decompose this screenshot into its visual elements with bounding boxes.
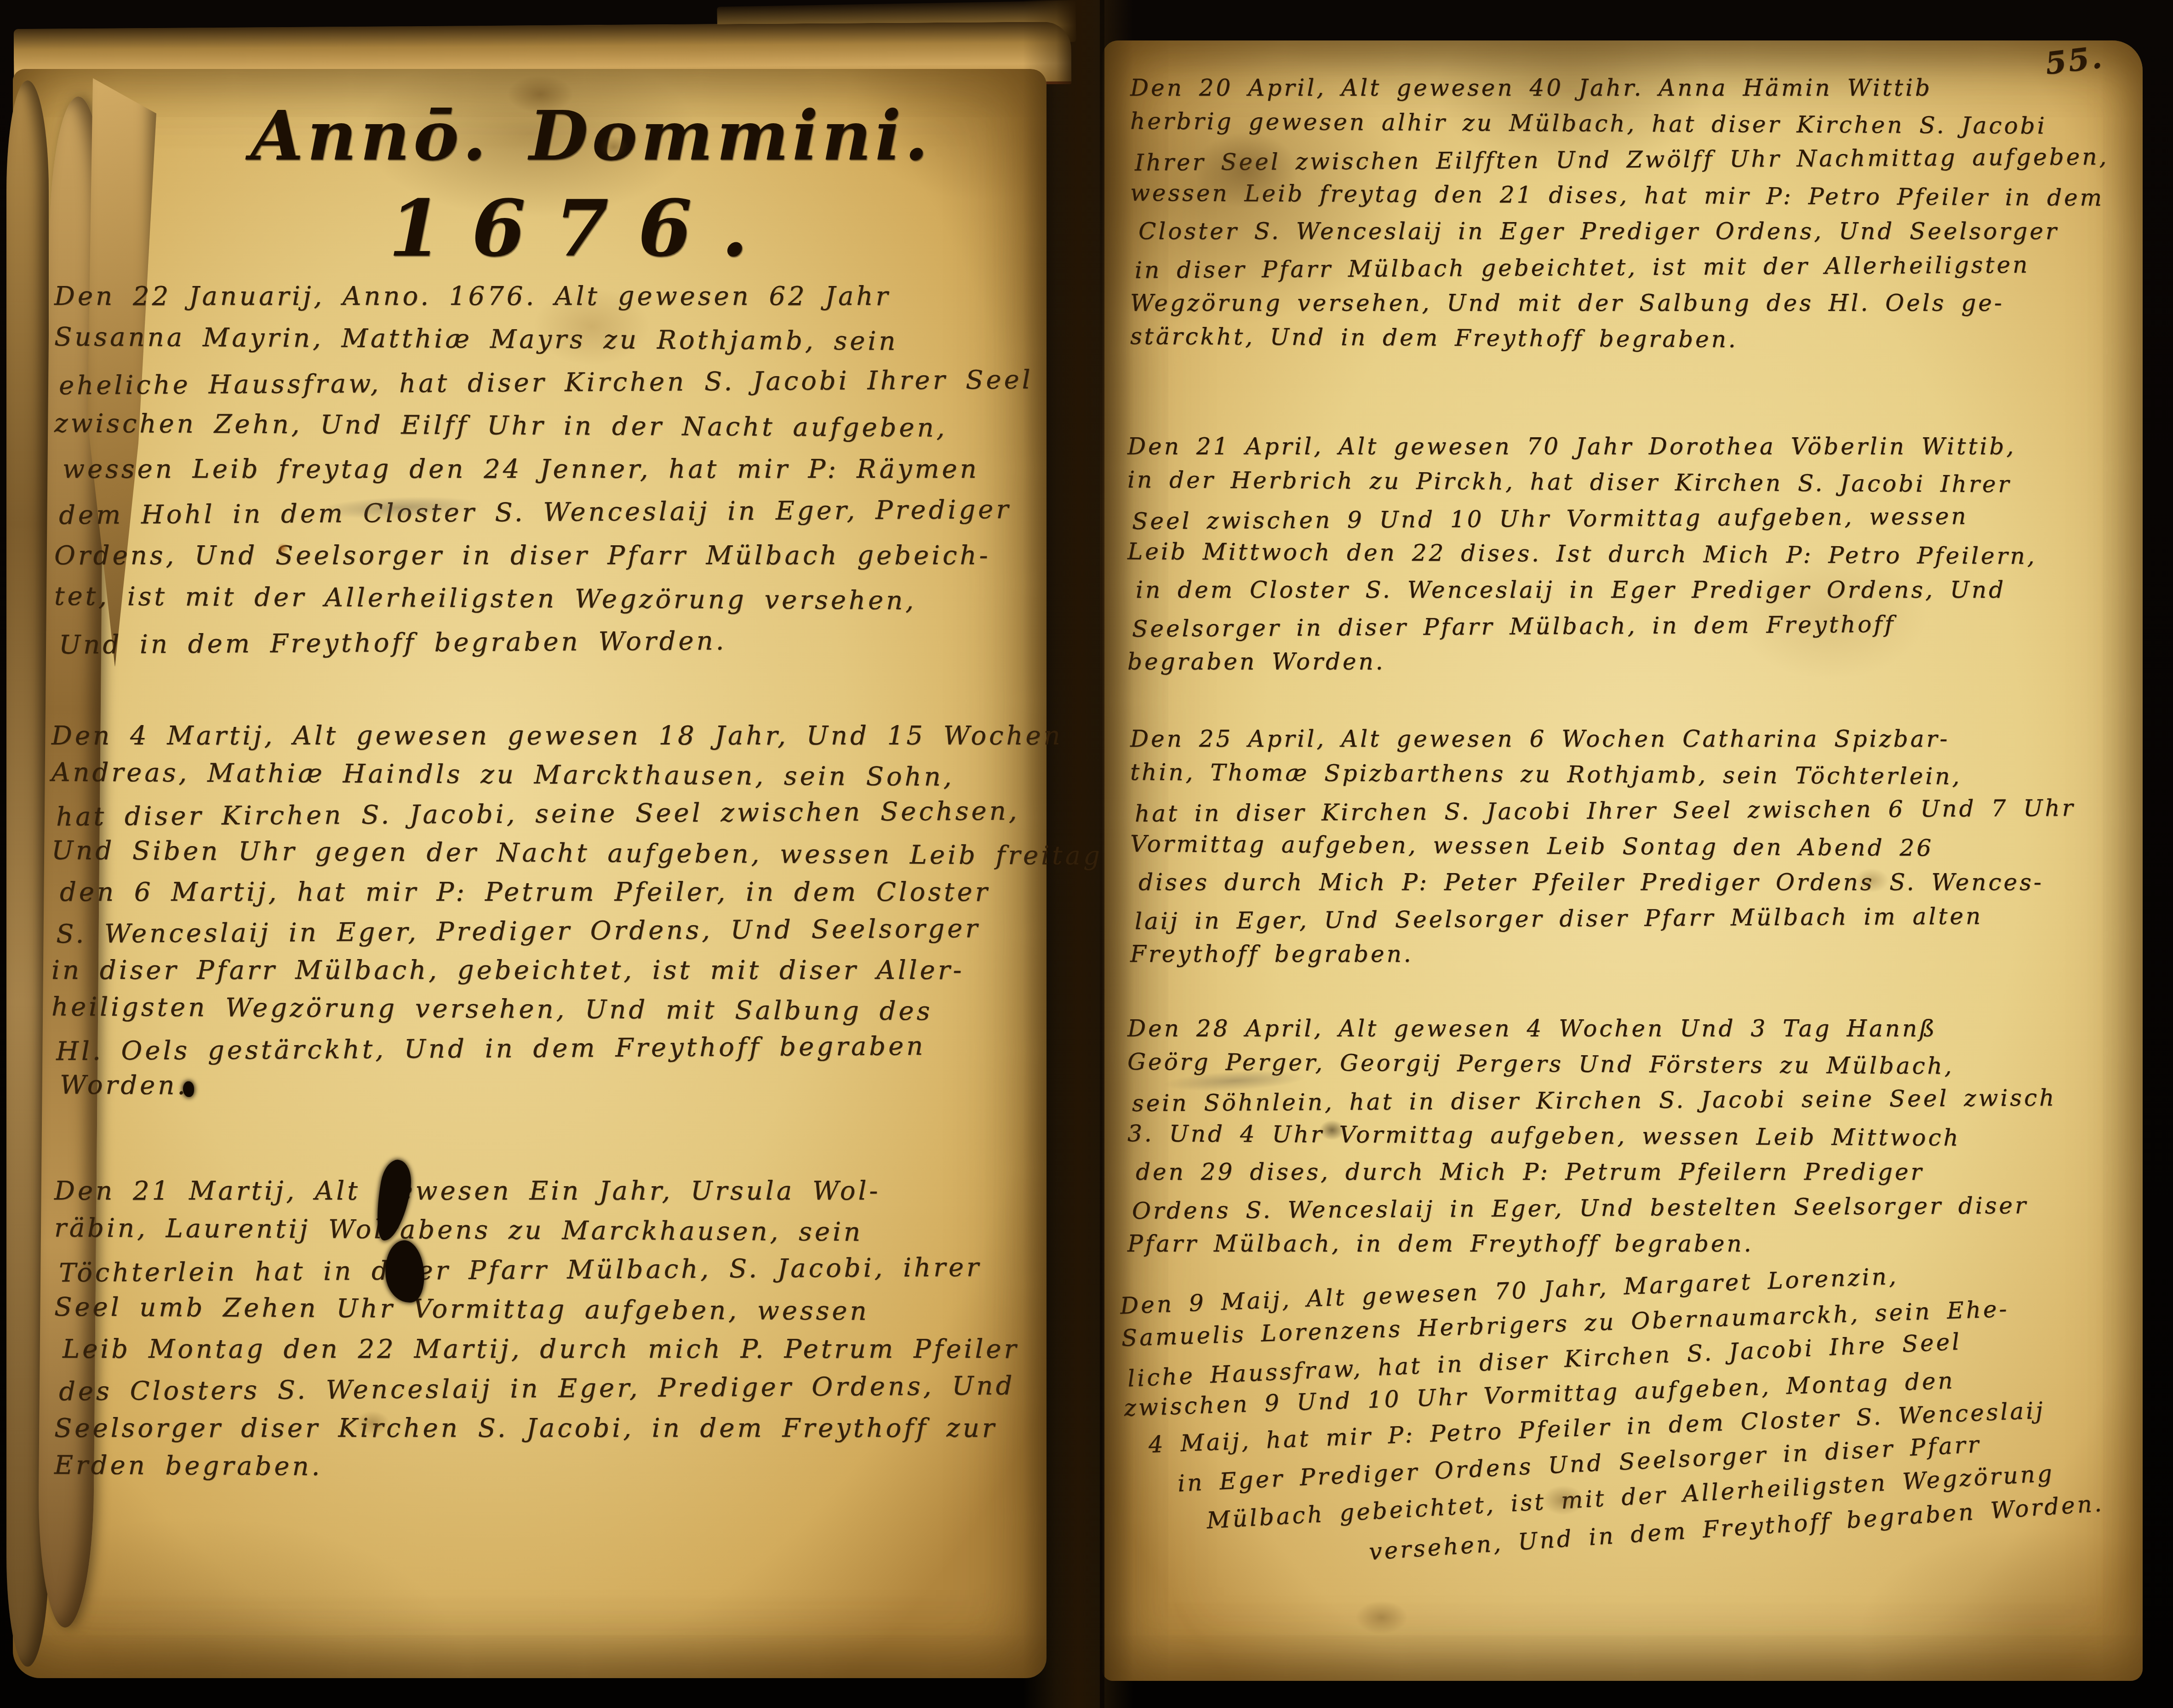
manuscript-line: Seel umb Zehen Uhr Vormittag aufgeben, w… (54, 1287, 1034, 1332)
burial-entry-apr-21: Den 21 April, Alt gewesen 70 Jahr Doroth… (1127, 428, 2139, 680)
manuscript-line: dem Hohl in dem Closter S. Wenceslaij in… (59, 488, 1034, 537)
manuscript-line: Hl. Oels gestärckht, Und in dem Freythof… (56, 1026, 1031, 1071)
manuscript-line: hat in diser Kirchen S. Jacobi Ihrer See… (1135, 789, 2142, 831)
manuscript-line: den 6 Martij, hat mir P: Petrum Pfeiler,… (60, 873, 1031, 912)
manuscript-line: 3. Und 4 Uhr Vormittag aufgeben, wessen … (1127, 1115, 2139, 1157)
manuscript-line: Worden. (60, 1065, 1031, 1109)
manuscript-line: Und Siben Uhr gegen der Nacht aufgeben, … (51, 831, 1031, 875)
manuscript-line: Den 21 Martij, Alt gewesen Ein Jahr, Urs… (54, 1171, 1034, 1211)
burial-entry-apr-28: Den 28 April, Alt gewesen 4 Wochen Und 3… (1127, 1011, 2139, 1262)
manuscript-line: stärckht, Und in dem Freythoff begraben. (1130, 318, 2142, 360)
manuscript-line: wessen Leib freytag den 24 Jenner, hat m… (63, 448, 1034, 491)
manuscript-line: Andreas, Mathiæ Haindls zu Marckthausen,… (51, 753, 1031, 797)
manuscript-line: S. Wenceslaij in Eger, Prediger Ordens, … (56, 909, 1031, 954)
manuscript-line: zwischen Zehn, Und Eilff Uhr in der Nach… (54, 402, 1034, 450)
year-heading-number: 1676. (389, 183, 778, 274)
manuscript-line: Ordens, Und Seelsorger in diser Pfarr Mü… (54, 534, 1034, 577)
manuscript-line: in diser Pfarr Mülbach, gebeichtet, ist … (51, 951, 1031, 990)
manuscript-line: Den 20 April, Alt gewesen 40 Jahr. Anna … (1130, 70, 2142, 106)
manuscript-line: Und in dem Freythoff begraben Worden. (59, 618, 1034, 667)
burial-entry-jan-22: Den 22 Januarij, Anno. 1676. Alt gewesen… (54, 275, 1034, 664)
manuscript-line: Seelsorger in diser Pfarr Mülbach, in de… (1132, 605, 2139, 646)
manuscript-line: dises durch Mich P: Peter Pfeiler Predig… (1138, 864, 2142, 900)
manuscript-line: Den 22 Januarij, Anno. 1676. Alt gewesen… (54, 275, 1034, 318)
manuscript-line: in diser Pfarr Mülbach gebeichtet, ist m… (1135, 246, 2142, 288)
burial-entry-may-9: Den 9 Maij, Alt gewesen 70 Jahr, Margare… (1120, 1250, 2141, 1568)
manuscript-line: heiligsten Wegzörung versehen, Und mit S… (51, 987, 1031, 1031)
manuscript-line: hat diser Kirchen S. Jacobi, seine Seel … (56, 792, 1031, 837)
manuscript-line: Den 21 April, Alt gewesen 70 Jahr Doroth… (1127, 428, 2139, 464)
manuscript-line: den 29 dises, durch Mich P: Petrum Pfeil… (1136, 1154, 2139, 1190)
manuscript-line: eheliche Haussfraw, hat diser Kirchen S.… (59, 359, 1034, 408)
manuscript-line: Ordens S. Wenceslaij in Eger, Und bestel… (1132, 1187, 2139, 1228)
manuscript-line: Susanna Mayrin, Matthiæ Mayrs zu Rothjam… (54, 315, 1034, 364)
manuscript-photo: 55. Annō. Dommini. 1676. Den 22 Januarij… (0, 0, 2173, 1708)
ink-dot (183, 1081, 194, 1097)
manuscript-line: des Closters S. Wenceslaij in Eger, Pred… (59, 1366, 1034, 1412)
manuscript-line: räbin, Laurentij Wolrabens zu Marckhause… (54, 1208, 1034, 1253)
manuscript-line: Ihrer Seel zwischen Eilfften Und Zwölff … (1135, 138, 2142, 180)
manuscript-line: laij in Eger, Und Seelsorger diser Pfarr… (1135, 897, 2142, 939)
manuscript-line: wessen Leib freytag den 21 dises, hat mi… (1130, 175, 2142, 216)
manuscript-line: Freythoff begraben. (1130, 936, 2142, 972)
manuscript-line: Töchterlein hat in diser Pfarr Mülbach, … (59, 1248, 1034, 1293)
manuscript-line: Den 4 Martij, Alt gewesen gewesen 18 Jah… (51, 716, 1031, 755)
burial-entry-mar-21: Den 21 Martij, Alt gewesen Ein Jahr, Urs… (54, 1171, 1034, 1488)
manuscript-line: herbrig gewesen alhir zu Mülbach, hat di… (1130, 103, 2142, 144)
burial-entry-mar-4: Den 4 Martij, Alt gewesen gewesen 18 Jah… (51, 716, 1031, 1107)
manuscript-line: Leib Mittwoch den 22 dises. Ist durch Mi… (1127, 533, 2139, 575)
manuscript-line: in dem Closter S. Wenceslaij in Eger Pre… (1136, 572, 2139, 608)
manuscript-line: Den 25 April, Alt gewesen 6 Wochen Catha… (1130, 721, 2142, 757)
burial-entry-apr-20: Den 20 April, Alt gewesen 40 Jahr. Anna … (1130, 70, 2142, 357)
manuscript-line: begraben Worden. (1127, 644, 2139, 680)
manuscript-line: Closter S. Wenceslaij in Eger Prediger O… (1138, 213, 2142, 249)
manuscript-line: Erden begraben. (54, 1445, 1034, 1490)
manuscript-line: thin, Thomæ Spizbarthens zu Rothjamb, se… (1130, 754, 2142, 795)
manuscript-line: sein Söhnlein, hat in diser Kirchen S. J… (1132, 1079, 2139, 1121)
burial-entry-apr-25: Den 25 April, Alt gewesen 6 Wochen Catha… (1130, 721, 2142, 972)
manuscript-line: Den 28 April, Alt gewesen 4 Wochen Und 3… (1127, 1011, 2139, 1046)
manuscript-line: Geörg Perger, Georgij Pergers Und Förste… (1127, 1044, 2139, 1085)
manuscript-line: Wegzörung versehen, Und mit der Salbung … (1130, 285, 2142, 321)
manuscript-line: Seelsorger diser Kirchen S. Jacobi, in d… (54, 1409, 1034, 1448)
manuscript-line: Leib Montag den 22 Martij, durch mich P.… (63, 1330, 1034, 1369)
manuscript-line: in der Herbrich zu Pirckh, hat diser Kir… (1127, 462, 2139, 503)
manuscript-line: tet, ist mit der Allerheiligsten Wegzöru… (54, 575, 1034, 623)
manuscript-line: Vormittag aufgeben, wessen Leib Sontag d… (1130, 826, 2142, 867)
manuscript-line: Seel zwischen 9 Und 10 Uhr Vormittag auf… (1132, 497, 2139, 539)
year-heading-latin: Annō. Dommini. (251, 96, 932, 176)
